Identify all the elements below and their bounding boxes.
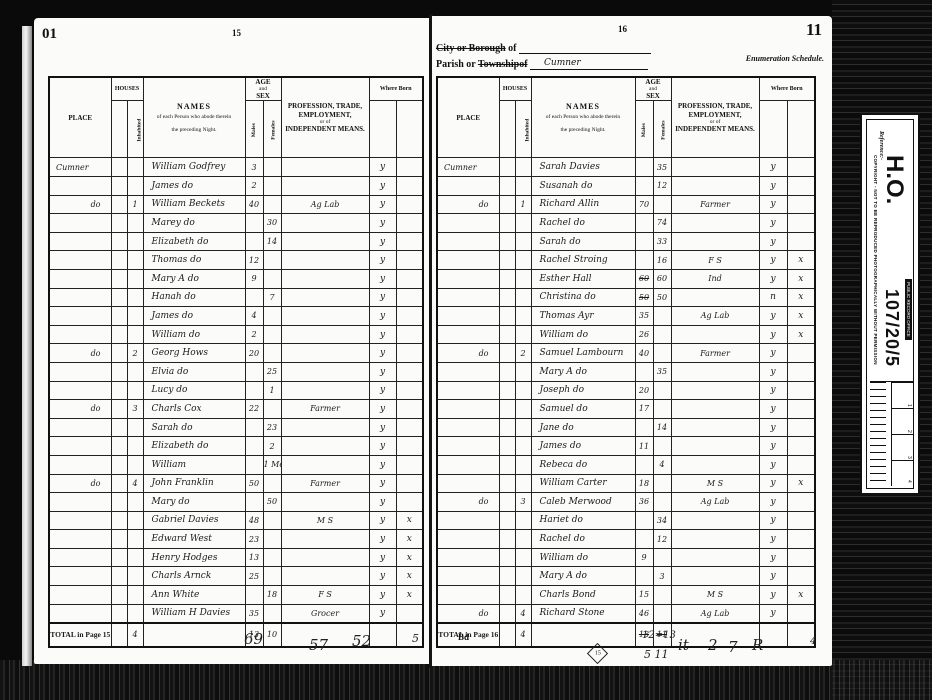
place-cell bbox=[49, 493, 111, 512]
place-cell bbox=[49, 530, 111, 549]
born-foreign-cell bbox=[396, 437, 423, 456]
place-cell: do bbox=[49, 195, 111, 214]
female-age-cell bbox=[263, 177, 281, 196]
born-foreign-cell bbox=[787, 567, 815, 586]
inhabited-cell: 2 bbox=[515, 344, 531, 363]
inhabited-cell: 3 bbox=[515, 493, 531, 512]
place-cell: Cumner bbox=[437, 158, 499, 177]
occupation-cell: Ag Lab bbox=[671, 604, 759, 623]
born-same-county-cell: y bbox=[369, 586, 396, 605]
born-foreign-cell bbox=[787, 511, 815, 530]
occupation-cell bbox=[671, 325, 759, 344]
born-foreign-cell: x bbox=[787, 288, 815, 307]
occupation-cell: M S bbox=[671, 586, 759, 605]
occupation-cell: F S bbox=[671, 251, 759, 270]
male-age-cell bbox=[245, 455, 263, 474]
header-females: Females bbox=[263, 101, 281, 158]
parish-line: Parish or Townshipof Cumner bbox=[436, 58, 648, 70]
census-row: Gabriel Davies48M Syx bbox=[49, 511, 423, 530]
header-where-born: Where Born bbox=[369, 77, 423, 101]
inhabited-cell bbox=[127, 511, 143, 530]
occupation-cell bbox=[281, 251, 369, 270]
occupation-cell bbox=[281, 232, 369, 251]
occupation-cell bbox=[281, 177, 369, 196]
place-cell bbox=[437, 381, 499, 400]
inhabited-cell bbox=[515, 455, 531, 474]
uninhabited-cell bbox=[499, 567, 515, 586]
census-row: do2Georg Hows20y bbox=[49, 344, 423, 363]
census-row: do3Caleb Merwood36Ag Laby bbox=[437, 493, 815, 512]
uninhabited-cell bbox=[499, 158, 515, 177]
place-cell bbox=[49, 362, 111, 381]
born-foreign-cell bbox=[787, 195, 815, 214]
born-same-county-cell: y bbox=[369, 567, 396, 586]
header-uninhabited: Uninhabited or Building bbox=[111, 101, 127, 158]
census-row: do1Richard Allin70Farmery bbox=[437, 195, 815, 214]
uninhabited-cell bbox=[111, 344, 127, 363]
born-same-county-cell: y bbox=[759, 362, 787, 381]
male-age-cell: 50 bbox=[635, 288, 653, 307]
name-cell: William Carter bbox=[531, 474, 635, 493]
born-foreign-cell: x bbox=[396, 567, 423, 586]
inhabited-cell: 4 bbox=[127, 474, 143, 493]
female-age-cell bbox=[263, 307, 281, 326]
name-cell: William H Davies bbox=[143, 604, 245, 623]
place-cell bbox=[437, 548, 499, 567]
female-age-cell bbox=[653, 307, 671, 326]
name-cell: Gabriel Davies bbox=[143, 511, 245, 530]
inhabited-cell bbox=[127, 251, 143, 270]
name-cell: James do bbox=[531, 437, 635, 456]
male-age-cell: 40 bbox=[635, 344, 653, 363]
born-same-county-cell: y bbox=[369, 437, 396, 456]
male-age-cell bbox=[635, 232, 653, 251]
census-row: Rebeca do4y bbox=[437, 455, 815, 474]
female-age-cell: 3 bbox=[653, 567, 671, 586]
born-same-county-cell: y bbox=[759, 381, 787, 400]
male-age-cell bbox=[635, 455, 653, 474]
born-foreign-cell bbox=[787, 437, 815, 456]
place-cell bbox=[437, 269, 499, 288]
name-cell: Richard Stone bbox=[531, 604, 635, 623]
header-uninhabited: Uninhabited or Building bbox=[499, 101, 515, 158]
uninhabited-cell bbox=[111, 158, 127, 177]
uninhabited-cell bbox=[111, 269, 127, 288]
female-age-cell: 12 bbox=[653, 530, 671, 549]
place-cell bbox=[49, 548, 111, 567]
female-age-cell: 50 bbox=[263, 493, 281, 512]
name-cell: Sarah do bbox=[531, 232, 635, 251]
born-foreign-cell: x bbox=[787, 269, 815, 288]
census-row: Rachel Stroing16F Syx bbox=[437, 251, 815, 270]
census-row: Jane do14y bbox=[437, 418, 815, 437]
male-age-cell: 11 bbox=[635, 437, 653, 456]
name-cell: Marey do bbox=[143, 214, 245, 233]
male-age-cell: 12 bbox=[245, 251, 263, 270]
annotation: 5 bbox=[412, 632, 419, 645]
occupation-cell bbox=[281, 418, 369, 437]
born-same-county-cell: y bbox=[369, 493, 396, 512]
uninhabited-cell bbox=[499, 177, 515, 196]
born-foreign-cell bbox=[396, 195, 423, 214]
name-cell: William do bbox=[143, 325, 245, 344]
name-cell: Thomas Ayr bbox=[531, 307, 635, 326]
male-age-cell bbox=[635, 362, 653, 381]
born-same-county-cell: y bbox=[759, 344, 787, 363]
census-table-left: PLACE HOUSES NAMES of each Person who ab… bbox=[48, 76, 424, 648]
born-same-county-cell: y bbox=[369, 418, 396, 437]
born-same-county-cell: n bbox=[759, 288, 787, 307]
occupation-cell bbox=[671, 437, 759, 456]
census-row: Elvia do25y bbox=[49, 362, 423, 381]
born-same-county-cell: y bbox=[759, 214, 787, 233]
census-row: Thomas do12y bbox=[49, 251, 423, 270]
book-page-edges bbox=[22, 26, 32, 666]
female-age-cell bbox=[653, 400, 671, 419]
uninhabited-cell bbox=[111, 381, 127, 400]
born-foreign-cell bbox=[396, 288, 423, 307]
born-same-county-cell: y bbox=[369, 214, 396, 233]
occupation-cell bbox=[671, 381, 759, 400]
occupation-cell bbox=[281, 325, 369, 344]
name-cell: Elizabeth do bbox=[143, 232, 245, 251]
inhabited-cell bbox=[127, 214, 143, 233]
uninhabited-cell bbox=[499, 325, 515, 344]
born-foreign-cell: x bbox=[787, 325, 815, 344]
male-age-cell bbox=[635, 511, 653, 530]
male-age-cell bbox=[635, 567, 653, 586]
census-row: William do9y bbox=[437, 548, 815, 567]
place-cell bbox=[437, 418, 499, 437]
born-foreign-cell bbox=[787, 400, 815, 419]
census-row: Thomas Ayr35Ag Labyx bbox=[437, 307, 815, 326]
born-foreign-cell bbox=[787, 214, 815, 233]
female-age-cell: 16 bbox=[653, 251, 671, 270]
occupation-cell bbox=[671, 158, 759, 177]
born-foreign-cell bbox=[396, 251, 423, 270]
female-age-cell: 4 bbox=[653, 455, 671, 474]
occupation-cell: Ind bbox=[671, 269, 759, 288]
occupation-cell bbox=[671, 232, 759, 251]
male-age-cell: 50 bbox=[245, 474, 263, 493]
born-same-county-cell: y bbox=[759, 493, 787, 512]
place-cell bbox=[437, 232, 499, 251]
male-age-cell: 22 bbox=[245, 400, 263, 419]
occupation-cell bbox=[281, 381, 369, 400]
inhabited-cell bbox=[127, 548, 143, 567]
born-same-county-cell: y bbox=[369, 530, 396, 549]
place-cell bbox=[437, 251, 499, 270]
male-age-cell: 25 bbox=[245, 567, 263, 586]
male-age-cell bbox=[245, 214, 263, 233]
born-same-county-cell: y bbox=[369, 195, 396, 214]
occupation-cell bbox=[671, 214, 759, 233]
male-age-cell: 2 bbox=[245, 177, 263, 196]
uninhabited-cell bbox=[499, 511, 515, 530]
born-same-county-cell: y bbox=[759, 177, 787, 196]
uninhabited-cell bbox=[499, 269, 515, 288]
place-cell bbox=[49, 567, 111, 586]
born-same-county-cell: y bbox=[369, 288, 396, 307]
female-age-cell bbox=[263, 511, 281, 530]
census-row: Elizabeth do2y bbox=[49, 437, 423, 456]
name-cell: Charls Arnck bbox=[143, 567, 245, 586]
inhabited-cell: 1 bbox=[127, 195, 143, 214]
born-foreign-cell bbox=[787, 381, 815, 400]
uninhabited-cell bbox=[499, 232, 515, 251]
name-cell: Samuel Lambourn bbox=[531, 344, 635, 363]
inhabited-cell bbox=[515, 288, 531, 307]
census-row: Samuel do17y bbox=[437, 400, 815, 419]
name-cell: Sarah do bbox=[143, 418, 245, 437]
female-age-cell: 23 bbox=[263, 418, 281, 437]
name-cell: Charls Cox bbox=[143, 400, 245, 419]
occupation-cell bbox=[671, 567, 759, 586]
name-cell: Rebeca do bbox=[531, 455, 635, 474]
occupation-cell bbox=[671, 548, 759, 567]
male-age-cell: 17 bbox=[635, 400, 653, 419]
total-uninhabited bbox=[111, 623, 127, 647]
name-cell: Mary A do bbox=[531, 567, 635, 586]
born-same-county-cell: y bbox=[369, 604, 396, 623]
born-same-county-cell: y bbox=[759, 530, 787, 549]
uninhabited-cell bbox=[111, 437, 127, 456]
male-age-cell: 26 bbox=[635, 325, 653, 344]
archive-reference-tag: Reference:- H.O. COPYRIGHT - NOT TO BE R… bbox=[860, 113, 920, 495]
uninhabited-cell bbox=[499, 418, 515, 437]
census-row: Henry Hodges13yx bbox=[49, 548, 423, 567]
female-age-cell: 60 bbox=[653, 269, 671, 288]
name-cell: Esther Hall bbox=[531, 269, 635, 288]
male-age-cell bbox=[635, 214, 653, 233]
born-same-county-cell: y bbox=[369, 474, 396, 493]
occupation-cell bbox=[281, 548, 369, 567]
male-age-cell: 15 bbox=[635, 586, 653, 605]
inhabited-cell bbox=[515, 567, 531, 586]
female-age-cell: 35 bbox=[653, 158, 671, 177]
born-foreign-cell: x bbox=[787, 474, 815, 493]
occupation-cell bbox=[281, 437, 369, 456]
female-age-cell bbox=[653, 586, 671, 605]
uninhabited-cell bbox=[499, 548, 515, 567]
inhabited-cell bbox=[515, 362, 531, 381]
female-age-cell bbox=[263, 325, 281, 344]
female-age-cell bbox=[263, 474, 281, 493]
inhabited-cell bbox=[127, 455, 143, 474]
male-age-cell: 35 bbox=[635, 307, 653, 326]
place-cell bbox=[437, 530, 499, 549]
male-age-cell bbox=[245, 493, 263, 512]
census-row: Edward West23yx bbox=[49, 530, 423, 549]
female-age-cell: 25 bbox=[263, 362, 281, 381]
inhabited-cell: 4 bbox=[515, 604, 531, 623]
male-age-cell: 46 bbox=[635, 604, 653, 623]
born-foreign-cell: x bbox=[787, 307, 815, 326]
born-foreign-cell bbox=[396, 214, 423, 233]
name-cell: William bbox=[143, 455, 245, 474]
inhabited-cell bbox=[127, 232, 143, 251]
place-cell bbox=[437, 511, 499, 530]
born-foreign-cell bbox=[396, 418, 423, 437]
census-row: Christina do5050nx bbox=[437, 288, 815, 307]
inhabited-cell bbox=[515, 307, 531, 326]
occupation-cell: Ag Lab bbox=[281, 195, 369, 214]
uninhabited-cell bbox=[499, 437, 515, 456]
inhabited-cell bbox=[515, 437, 531, 456]
born-foreign-cell bbox=[396, 344, 423, 363]
born-foreign-cell bbox=[396, 493, 423, 512]
census-row: Mary A do35y bbox=[437, 362, 815, 381]
place-cell bbox=[49, 381, 111, 400]
born-same-county-cell: y bbox=[759, 251, 787, 270]
office-label: PUBLIC RECORD OFFICE bbox=[905, 279, 912, 340]
census-row: do4Richard Stone46Ag Laby bbox=[437, 604, 815, 623]
born-same-county-cell: y bbox=[369, 362, 396, 381]
female-age-cell bbox=[263, 530, 281, 549]
male-age-cell bbox=[245, 232, 263, 251]
female-age-cell: 2 bbox=[263, 437, 281, 456]
name-cell: Sarah Davies bbox=[531, 158, 635, 177]
parish-value: Cumner bbox=[530, 58, 648, 70]
female-age-cell: 14 bbox=[263, 232, 281, 251]
born-same-county-cell: y bbox=[759, 474, 787, 493]
born-same-county-cell: y bbox=[369, 400, 396, 419]
occupation-cell bbox=[671, 511, 759, 530]
inhabited-cell bbox=[127, 530, 143, 549]
uninhabited-cell bbox=[111, 567, 127, 586]
born-foreign-cell bbox=[787, 177, 815, 196]
occupation-cell bbox=[671, 418, 759, 437]
inhabited-cell bbox=[127, 493, 143, 512]
born-same-county-cell: y bbox=[759, 269, 787, 288]
uninhabited-cell bbox=[111, 195, 127, 214]
place-cell bbox=[437, 437, 499, 456]
occupation-cell bbox=[671, 177, 759, 196]
occupation-cell: F S bbox=[281, 586, 369, 605]
occupation-cell bbox=[671, 288, 759, 307]
total-label: TOTAL in Page 15 bbox=[49, 623, 111, 647]
series-code: H.O. bbox=[880, 155, 908, 204]
census-row: Elizabeth do14y bbox=[49, 232, 423, 251]
total-uninhabited bbox=[499, 623, 515, 647]
place-cell bbox=[49, 511, 111, 530]
born-same-county-cell: y bbox=[369, 511, 396, 530]
inhabited-cell bbox=[515, 232, 531, 251]
place-cell bbox=[437, 325, 499, 344]
piece-number: 107/20/5 bbox=[881, 289, 902, 367]
born-foreign-cell bbox=[396, 455, 423, 474]
uninhabited-cell bbox=[499, 530, 515, 549]
place-cell bbox=[437, 288, 499, 307]
uninhabited-cell bbox=[111, 474, 127, 493]
census-row: Lucy do1y bbox=[49, 381, 423, 400]
place-cell bbox=[49, 288, 111, 307]
annotation: 2 bbox=[708, 636, 718, 654]
occupation-cell: Farmer bbox=[671, 195, 759, 214]
uninhabited-cell bbox=[111, 307, 127, 326]
place-cell bbox=[49, 214, 111, 233]
place-cell bbox=[49, 251, 111, 270]
female-age-cell bbox=[653, 437, 671, 456]
place-cell: do bbox=[437, 344, 499, 363]
name-cell: William do bbox=[531, 548, 635, 567]
name-cell: William do bbox=[531, 325, 635, 344]
male-age-cell bbox=[635, 418, 653, 437]
inhabited-cell bbox=[127, 269, 143, 288]
inhabited-cell bbox=[515, 251, 531, 270]
census-table-right: PLACE HOUSES NAMES of each Person who ab… bbox=[436, 76, 816, 648]
male-age-cell bbox=[635, 251, 653, 270]
inhabited-cell bbox=[127, 381, 143, 400]
uninhabited-cell bbox=[111, 325, 127, 344]
female-age-cell bbox=[263, 344, 281, 363]
female-age-cell bbox=[653, 195, 671, 214]
inhabited-cell: 3 bbox=[127, 400, 143, 419]
female-age-cell: 1 bbox=[263, 381, 281, 400]
male-age-cell: 2 bbox=[245, 325, 263, 344]
annotation: 52 bbox=[352, 632, 371, 650]
annotation: R bbox=[752, 636, 763, 654]
name-cell: Ann White bbox=[143, 586, 245, 605]
name-cell: Susanah do bbox=[531, 177, 635, 196]
header-males: Males bbox=[245, 101, 263, 158]
annotation: 7 bbox=[728, 638, 738, 656]
born-foreign-cell bbox=[396, 325, 423, 344]
census-row: Mary A do3y bbox=[437, 567, 815, 586]
name-cell: Rachel do bbox=[531, 214, 635, 233]
header-inhabited: Inhabited bbox=[515, 101, 531, 158]
female-age-cell: 7 bbox=[263, 288, 281, 307]
male-age-cell: 60 bbox=[635, 269, 653, 288]
born-foreign-cell bbox=[787, 604, 815, 623]
born-foreign-cell bbox=[396, 362, 423, 381]
born-same-county-cell: y bbox=[369, 344, 396, 363]
place-cell bbox=[49, 269, 111, 288]
female-age-cell: 30 bbox=[263, 214, 281, 233]
occupation-cell: Ag Lab bbox=[671, 307, 759, 326]
born-foreign-cell bbox=[787, 232, 815, 251]
uninhabited-cell bbox=[499, 455, 515, 474]
female-age-cell: 1 Month bbox=[263, 455, 281, 474]
header-same-county: Whether Born in same County bbox=[369, 101, 396, 158]
inhabited-cell bbox=[127, 177, 143, 196]
annotation: 4 bbox=[810, 636, 816, 647]
inhabited-cell bbox=[515, 586, 531, 605]
occupation-cell bbox=[281, 158, 369, 177]
born-same-county-cell: y bbox=[369, 307, 396, 326]
name-cell: Samuel do bbox=[531, 400, 635, 419]
name-cell: Edward West bbox=[143, 530, 245, 549]
born-same-county-cell: y bbox=[369, 325, 396, 344]
female-age-cell: 12 bbox=[653, 177, 671, 196]
uninhabited-cell bbox=[499, 474, 515, 493]
total-inhabited: 4 bbox=[515, 623, 531, 647]
census-row: do4John Franklin50Farmery bbox=[49, 474, 423, 493]
name-cell: Elvia do bbox=[143, 362, 245, 381]
header-profession: PROFESSION, TRADE, EMPLOYMENT, or of IND… bbox=[281, 77, 369, 158]
male-age-cell: 35 bbox=[245, 604, 263, 623]
inhabited-cell bbox=[127, 604, 143, 623]
born-same-county-cell: y bbox=[759, 511, 787, 530]
census-row: Susanah do12y bbox=[437, 177, 815, 196]
census-row: Sarah do33y bbox=[437, 232, 815, 251]
uninhabited-cell bbox=[111, 493, 127, 512]
census-row: James do4y bbox=[49, 307, 423, 326]
inhabited-cell bbox=[127, 567, 143, 586]
born-foreign-cell bbox=[396, 158, 423, 177]
page-number: 16 bbox=[618, 24, 627, 34]
header-inhabited: Inhabited bbox=[127, 101, 143, 158]
